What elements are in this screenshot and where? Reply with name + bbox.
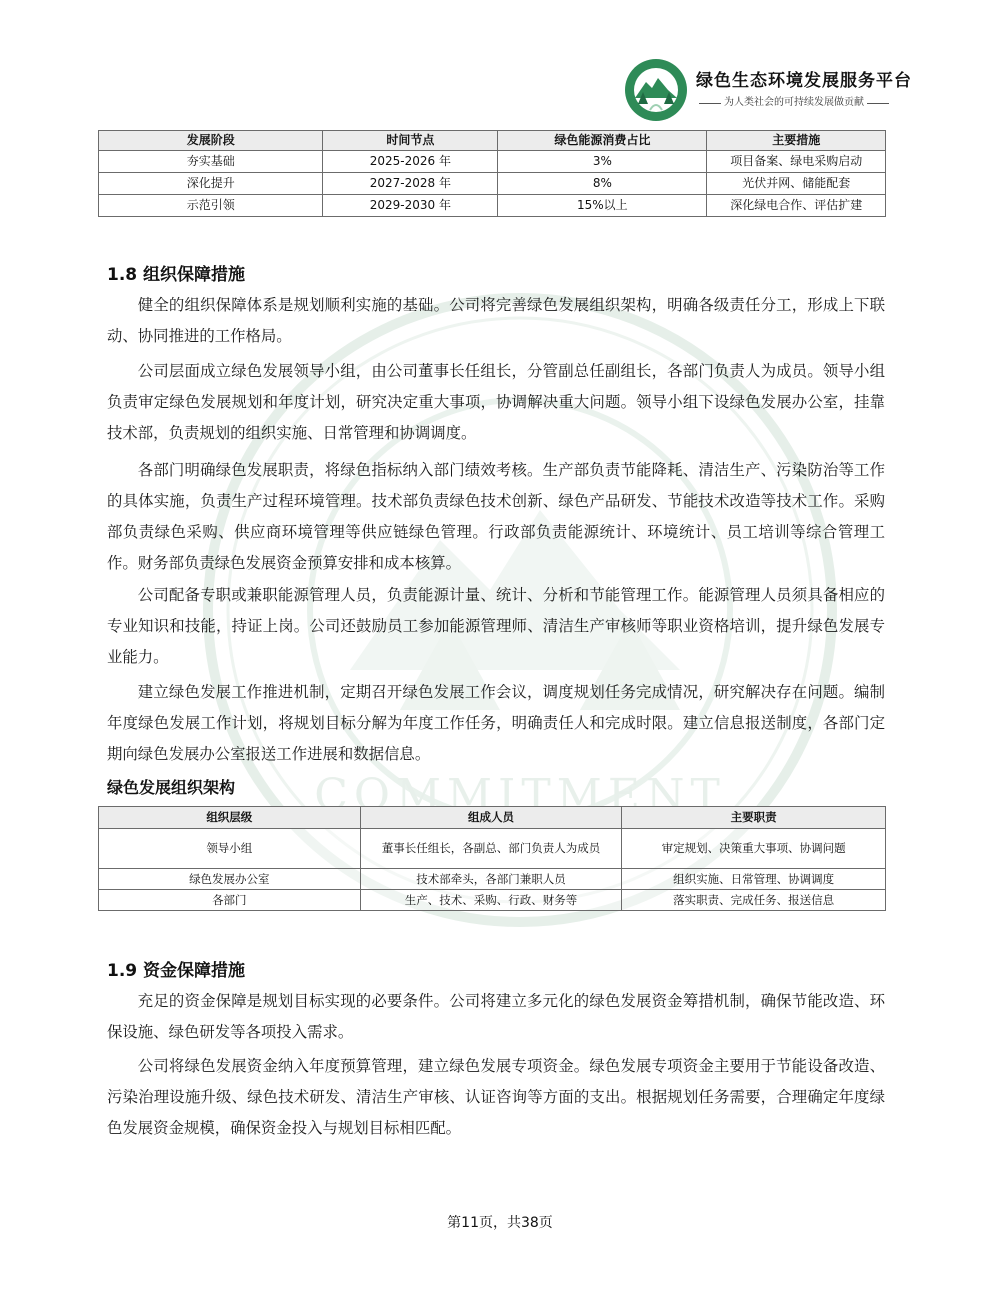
- table-cell: 绿色发展办公室: [99, 869, 361, 890]
- table-cell: 3%: [498, 151, 707, 173]
- table-cell: 生产、技术、采购、行政、财务等: [360, 890, 622, 911]
- table-cell: 领导小组: [99, 829, 361, 869]
- paragraph: 各部门明确绿色发展职责，将绿色指标纳入部门绩效考核。生产部负责节能降耗、清洁生产…: [107, 455, 885, 579]
- page-number: 第11页，共38页: [0, 1212, 1000, 1232]
- table-cell: 董事长任组长，各副总、部门负责人为成员: [360, 829, 622, 869]
- paragraph: 公司配备专职或兼职能源管理人员，负责能源计量、统计、分析和节能管理工作。能源管理…: [107, 580, 885, 673]
- table-cell: 2027-2028 年: [323, 173, 498, 195]
- table-cell: 夯实基础: [99, 151, 323, 173]
- paragraph: 建立绿色发展工作推进机制，定期召开绿色发展工作会议，调度规划任务完成情况，研究解…: [107, 677, 885, 770]
- paragraph: 公司层面成立绿色发展领导小组，由公司董事长任组长，分管副总任副组长，各部门负责人…: [107, 356, 885, 449]
- section-heading-1-9: 1.9 资金保障措施: [107, 956, 245, 981]
- org-structure-subheading: 绿色发展组织架构: [107, 775, 235, 798]
- column-header: 主要职责: [622, 807, 886, 829]
- table-row: 示范引领 2029-2030 年 15%以上 深化绿电合作、评估扩建: [99, 195, 886, 217]
- table-row: 各部门 生产、技术、采购、行政、财务等 落实职责、完成任务、报送信息: [99, 890, 886, 911]
- table-cell: 2029-2030 年: [323, 195, 498, 217]
- paragraph: 健全的组织保障体系是规划顺利实施的基础。公司将完善绿色发展组织架构，明确各级责任…: [107, 290, 885, 352]
- table-cell: 组织实施、日常管理、协调调度: [622, 869, 886, 890]
- table-cell: 2025-2026 年: [323, 151, 498, 173]
- column-header: 组织层级: [99, 807, 361, 829]
- table-cell: 技术部牵头，各部门兼职人员: [360, 869, 622, 890]
- slogan-text: 为人类社会的可持续发展做贡献: [724, 95, 864, 111]
- slogan-dash-right: [867, 103, 889, 104]
- table-cell: 各部门: [99, 890, 361, 911]
- table-cell: 落实职责、完成任务、报送信息: [622, 890, 886, 911]
- table-cell: 项目备案、绿电采购启动: [707, 151, 886, 173]
- column-header: 发展阶段: [99, 131, 323, 151]
- brand-slogan: 为人类社会的可持续发展做贡献: [696, 95, 912, 111]
- slogan-dash-left: [699, 103, 721, 104]
- brand-header: 绿色生态环境发展服务平台 为人类社会的可持续发展做贡献: [624, 58, 912, 122]
- section-heading-1-8: 1.8 组织保障措施: [107, 260, 245, 285]
- table-row: 绿色发展办公室 技术部牵头，各部门兼职人员 组织实施、日常管理、协调调度: [99, 869, 886, 890]
- column-header: 绿色能源消费占比: [498, 131, 707, 151]
- table-row: 深化提升 2027-2028 年 8% 光伏并网、储能配套: [99, 173, 886, 195]
- table-cell: 示范引领: [99, 195, 323, 217]
- phase-table: 发展阶段 时间节点 绿色能源消费占比 主要措施 夯实基础 2025-2026 年…: [98, 130, 886, 217]
- table-row: 夯实基础 2025-2026 年 3% 项目备案、绿电采购启动: [99, 151, 886, 173]
- org-structure-table: 组织层级 组成人员 主要职责 领导小组 董事长任组长，各副总、部门负责人为成员 …: [98, 806, 886, 911]
- eco-seal-logo-icon: [624, 58, 688, 122]
- table-cell: 深化绿电合作、评估扩建: [707, 195, 886, 217]
- paragraph: 公司将绿色发展资金纳入年度预算管理，建立绿色发展专项资金。绿色发展专项资金主要用…: [107, 1051, 885, 1144]
- table-row: 领导小组 董事长任组长，各副总、部门负责人为成员 审定规划、决策重大事项、协调问…: [99, 829, 886, 869]
- table-header-row: 组织层级 组成人员 主要职责: [99, 807, 886, 829]
- column-header: 主要措施: [707, 131, 886, 151]
- brand-title: 绿色生态环境发展服务平台: [696, 69, 912, 93]
- table-header-row: 发展阶段 时间节点 绿色能源消费占比 主要措施: [99, 131, 886, 151]
- table-cell: 审定规划、决策重大事项、协调问题: [622, 829, 886, 869]
- table-cell: 15%以上: [498, 195, 707, 217]
- paragraph: 充足的资金保障是规划目标实现的必要条件。公司将建立多元化的绿色发展资金筹措机制，…: [107, 986, 885, 1048]
- table-cell: 深化提升: [99, 173, 323, 195]
- table-cell: 光伏并网、储能配套: [707, 173, 886, 195]
- table-cell: 8%: [498, 173, 707, 195]
- column-header: 时间节点: [323, 131, 498, 151]
- column-header: 组成人员: [360, 807, 622, 829]
